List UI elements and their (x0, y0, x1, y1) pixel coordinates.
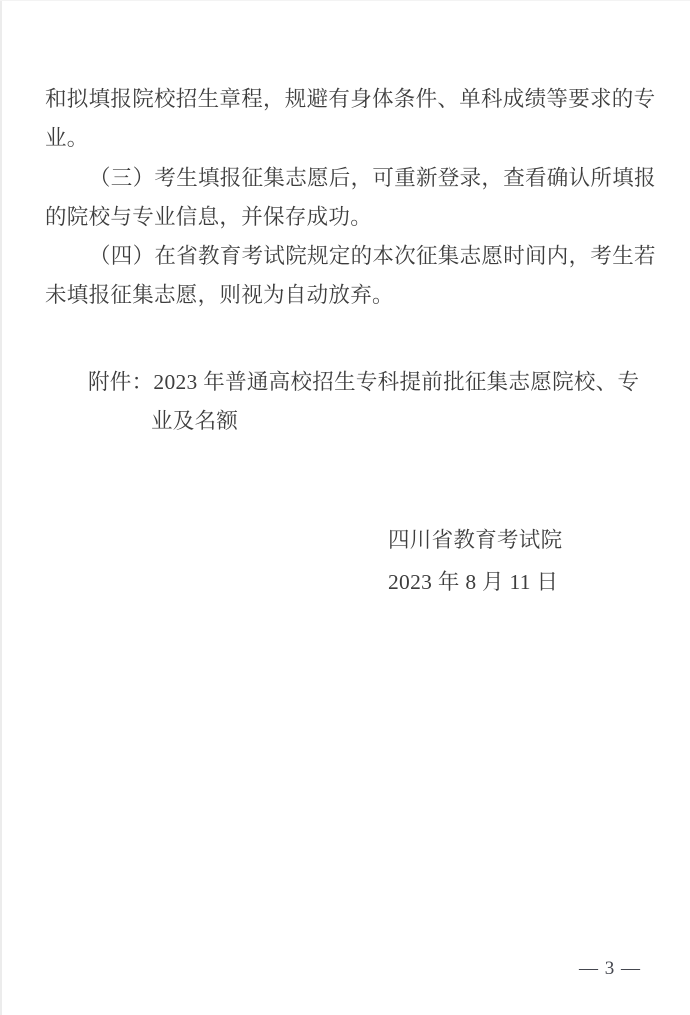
body-line: （三）考生填报征集志愿后，可重新登录，查看确认所填报 (45, 159, 647, 198)
document-page: { "page": { "background": "#ffffff", "te… (0, 0, 690, 1015)
page-number: — 3 — (579, 958, 641, 980)
attachment-line: 附件：2023 年普通高校招生专科提前批征集志愿院校、专 (88, 363, 639, 402)
attachment-note: 附件：2023 年普通高校招生专科提前批征集志愿院校、专 业及名额 (88, 363, 639, 442)
body-line: 业。 (45, 119, 647, 158)
body-line: （四）在省教育考试院规定的本次征集志愿时间内，考生若 (45, 237, 647, 276)
signature-block: 四川省教育考试院 2023 年 8 月 11 日 (388, 520, 562, 603)
scan-top-edge (0, 0, 690, 1)
body-line: 的院校与专业信息，并保存成功。 (45, 198, 647, 237)
signature-organization: 四川省教育考试院 (388, 520, 562, 562)
paragraph-item-four: （四）在省教育考试院规定的本次征集志愿时间内，考生若 未填报征集志愿，则视为自动… (45, 237, 647, 316)
body-line: 未填报征集志愿，则视为自动放弃。 (45, 276, 647, 315)
paragraph-item-three: （三）考生填报征集志愿后，可重新登录，查看确认所填报 的院校与专业信息，并保存成… (45, 159, 647, 238)
body-line: 和拟填报院校招生章程，规避有身体条件、单科成绩等要求的专 (45, 80, 647, 119)
body-text: 和拟填报院校招生章程，规避有身体条件、单科成绩等要求的专 业。 （三）考生填报征… (45, 80, 647, 316)
signature-date: 2023 年 8 月 11 日 (388, 562, 562, 604)
attachment-line: 业及名额 (88, 402, 639, 441)
scan-left-edge (0, 0, 2, 1015)
paragraph-continuation: 和拟填报院校招生章程，规避有身体条件、单科成绩等要求的专 业。 (45, 80, 647, 159)
